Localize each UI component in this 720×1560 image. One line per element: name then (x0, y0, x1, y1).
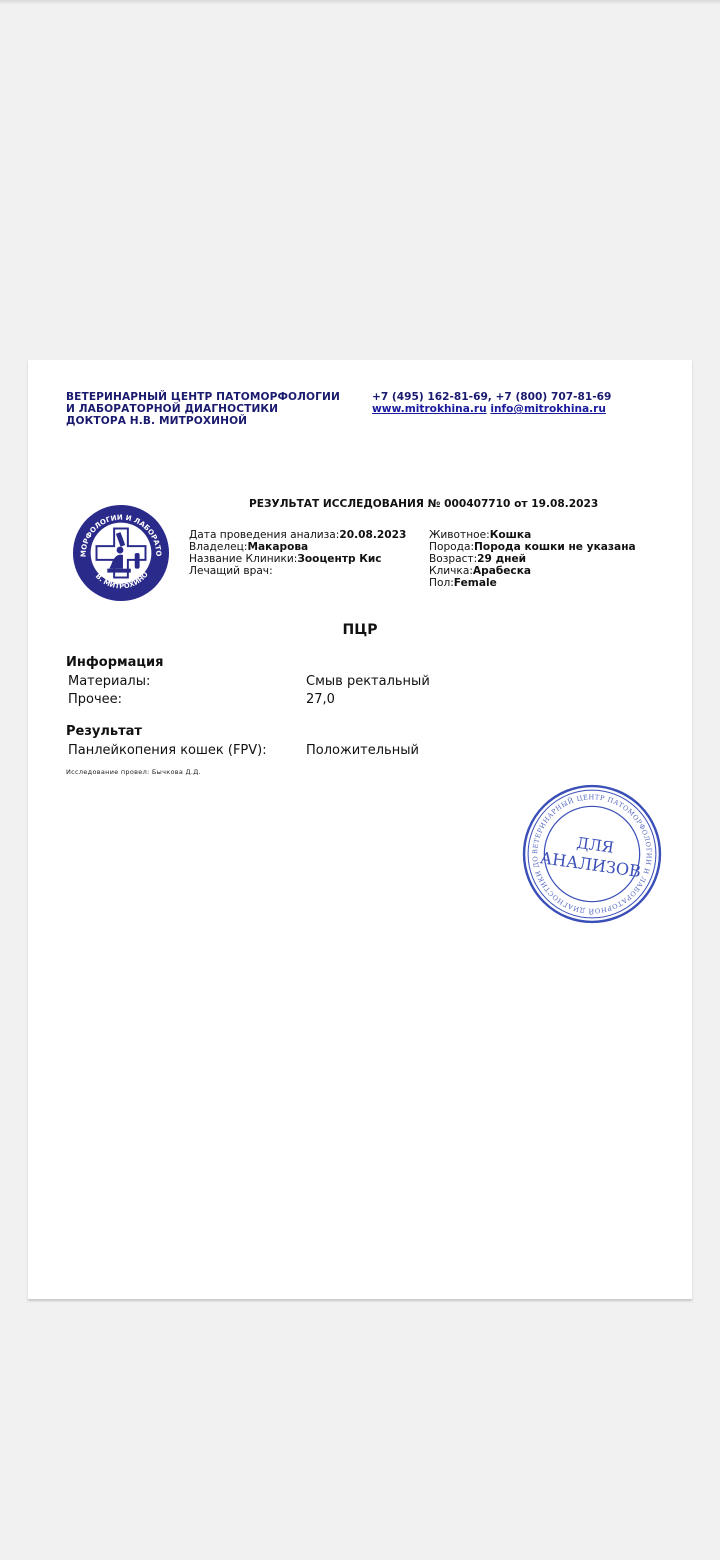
analysis-date-row: Дата проведения анализа:20.08.2023 (189, 529, 406, 541)
document-page: ВЕТЕРИНАРНЫЙ ЦЕНТР ПАТОМОРФОЛОГИИ И ЛАБО… (28, 360, 692, 1299)
clinic-name: Зооцентр Кис (297, 553, 381, 565)
animal-row: Животное:Кошка (429, 529, 636, 541)
breed-row: Порода:Порода кошки не указана (429, 541, 636, 553)
sex: Female (454, 577, 497, 589)
animal-type: Кошка (490, 529, 532, 541)
age: 29 дней (477, 553, 526, 565)
patient-info-right: Животное:Кошка Порода:Порода кошки не ук… (429, 529, 636, 589)
org-line-2: И ЛАБОРАТОРНОЙ ДИАГНОСТИКИ (66, 403, 340, 415)
website-link[interactable]: www.mitrokhina.ru (372, 403, 487, 415)
contact-block: +7 (495) 162-81-69, +7 (800) 707-81-69 w… (372, 391, 611, 415)
doctor-row: Лечащий врач: (189, 565, 406, 577)
pet-name-row: Кличка:Арабеска (429, 565, 636, 577)
patient-info-left: Дата проведения анализа:20.08.2023 Владе… (189, 529, 406, 577)
performed-by: Исследование провел: Бычкова Д.Д. (66, 768, 201, 776)
owner-name: Макарова (247, 541, 308, 553)
pet-name: Арабеска (473, 565, 531, 577)
info-heading: Информация (66, 655, 164, 670)
sex-row: Пол:Female (429, 577, 636, 589)
clinic-row: Название Клиники:Зооцентр Кис (189, 553, 406, 565)
analysis-date: 20.08.2023 (339, 529, 406, 541)
result-value: Положительный (306, 742, 419, 760)
report-title: РЕЗУЛЬТАТ ИССЛЕДОВАНИЯ № 000407710 от 19… (249, 498, 598, 510)
email-link[interactable]: info@mitrokhina.ru (490, 403, 606, 415)
phone-numbers: +7 (495) 162-81-69, +7 (800) 707-81-69 (372, 391, 611, 403)
org-line-1: ВЕТЕРИНАРНЫЙ ЦЕНТР ПАТОМОРФОЛОГИИ (66, 391, 340, 403)
breed: Порода кошки не указана (474, 541, 636, 553)
approval-stamp-icon: ВЕТЕРИНАРНЫЙ ЦЕНТР ПАТОМОРФОЛОГИИ И ЛАБО… (521, 783, 663, 925)
organization-name: ВЕТЕРИНАРНЫЙ ЦЕНТР ПАТОМОРФОЛОГИИ И ЛАБО… (66, 391, 340, 427)
clinic-logo-icon: ПАТОМОРФОЛОГИИ И ЛАБОРАТОРНОЙ Н.В. МИТРО… (72, 504, 170, 602)
age-row: Возраст:29 дней (429, 553, 636, 565)
test-type-title: ПЦР (28, 622, 692, 638)
result-heading: Результат (66, 724, 142, 739)
owner-row: Владелец:Макарова (189, 541, 406, 553)
status-bar-shade (0, 0, 720, 5)
org-line-3: ДОКТОРА Н.В. МИТРОХИНОЙ (66, 415, 340, 427)
